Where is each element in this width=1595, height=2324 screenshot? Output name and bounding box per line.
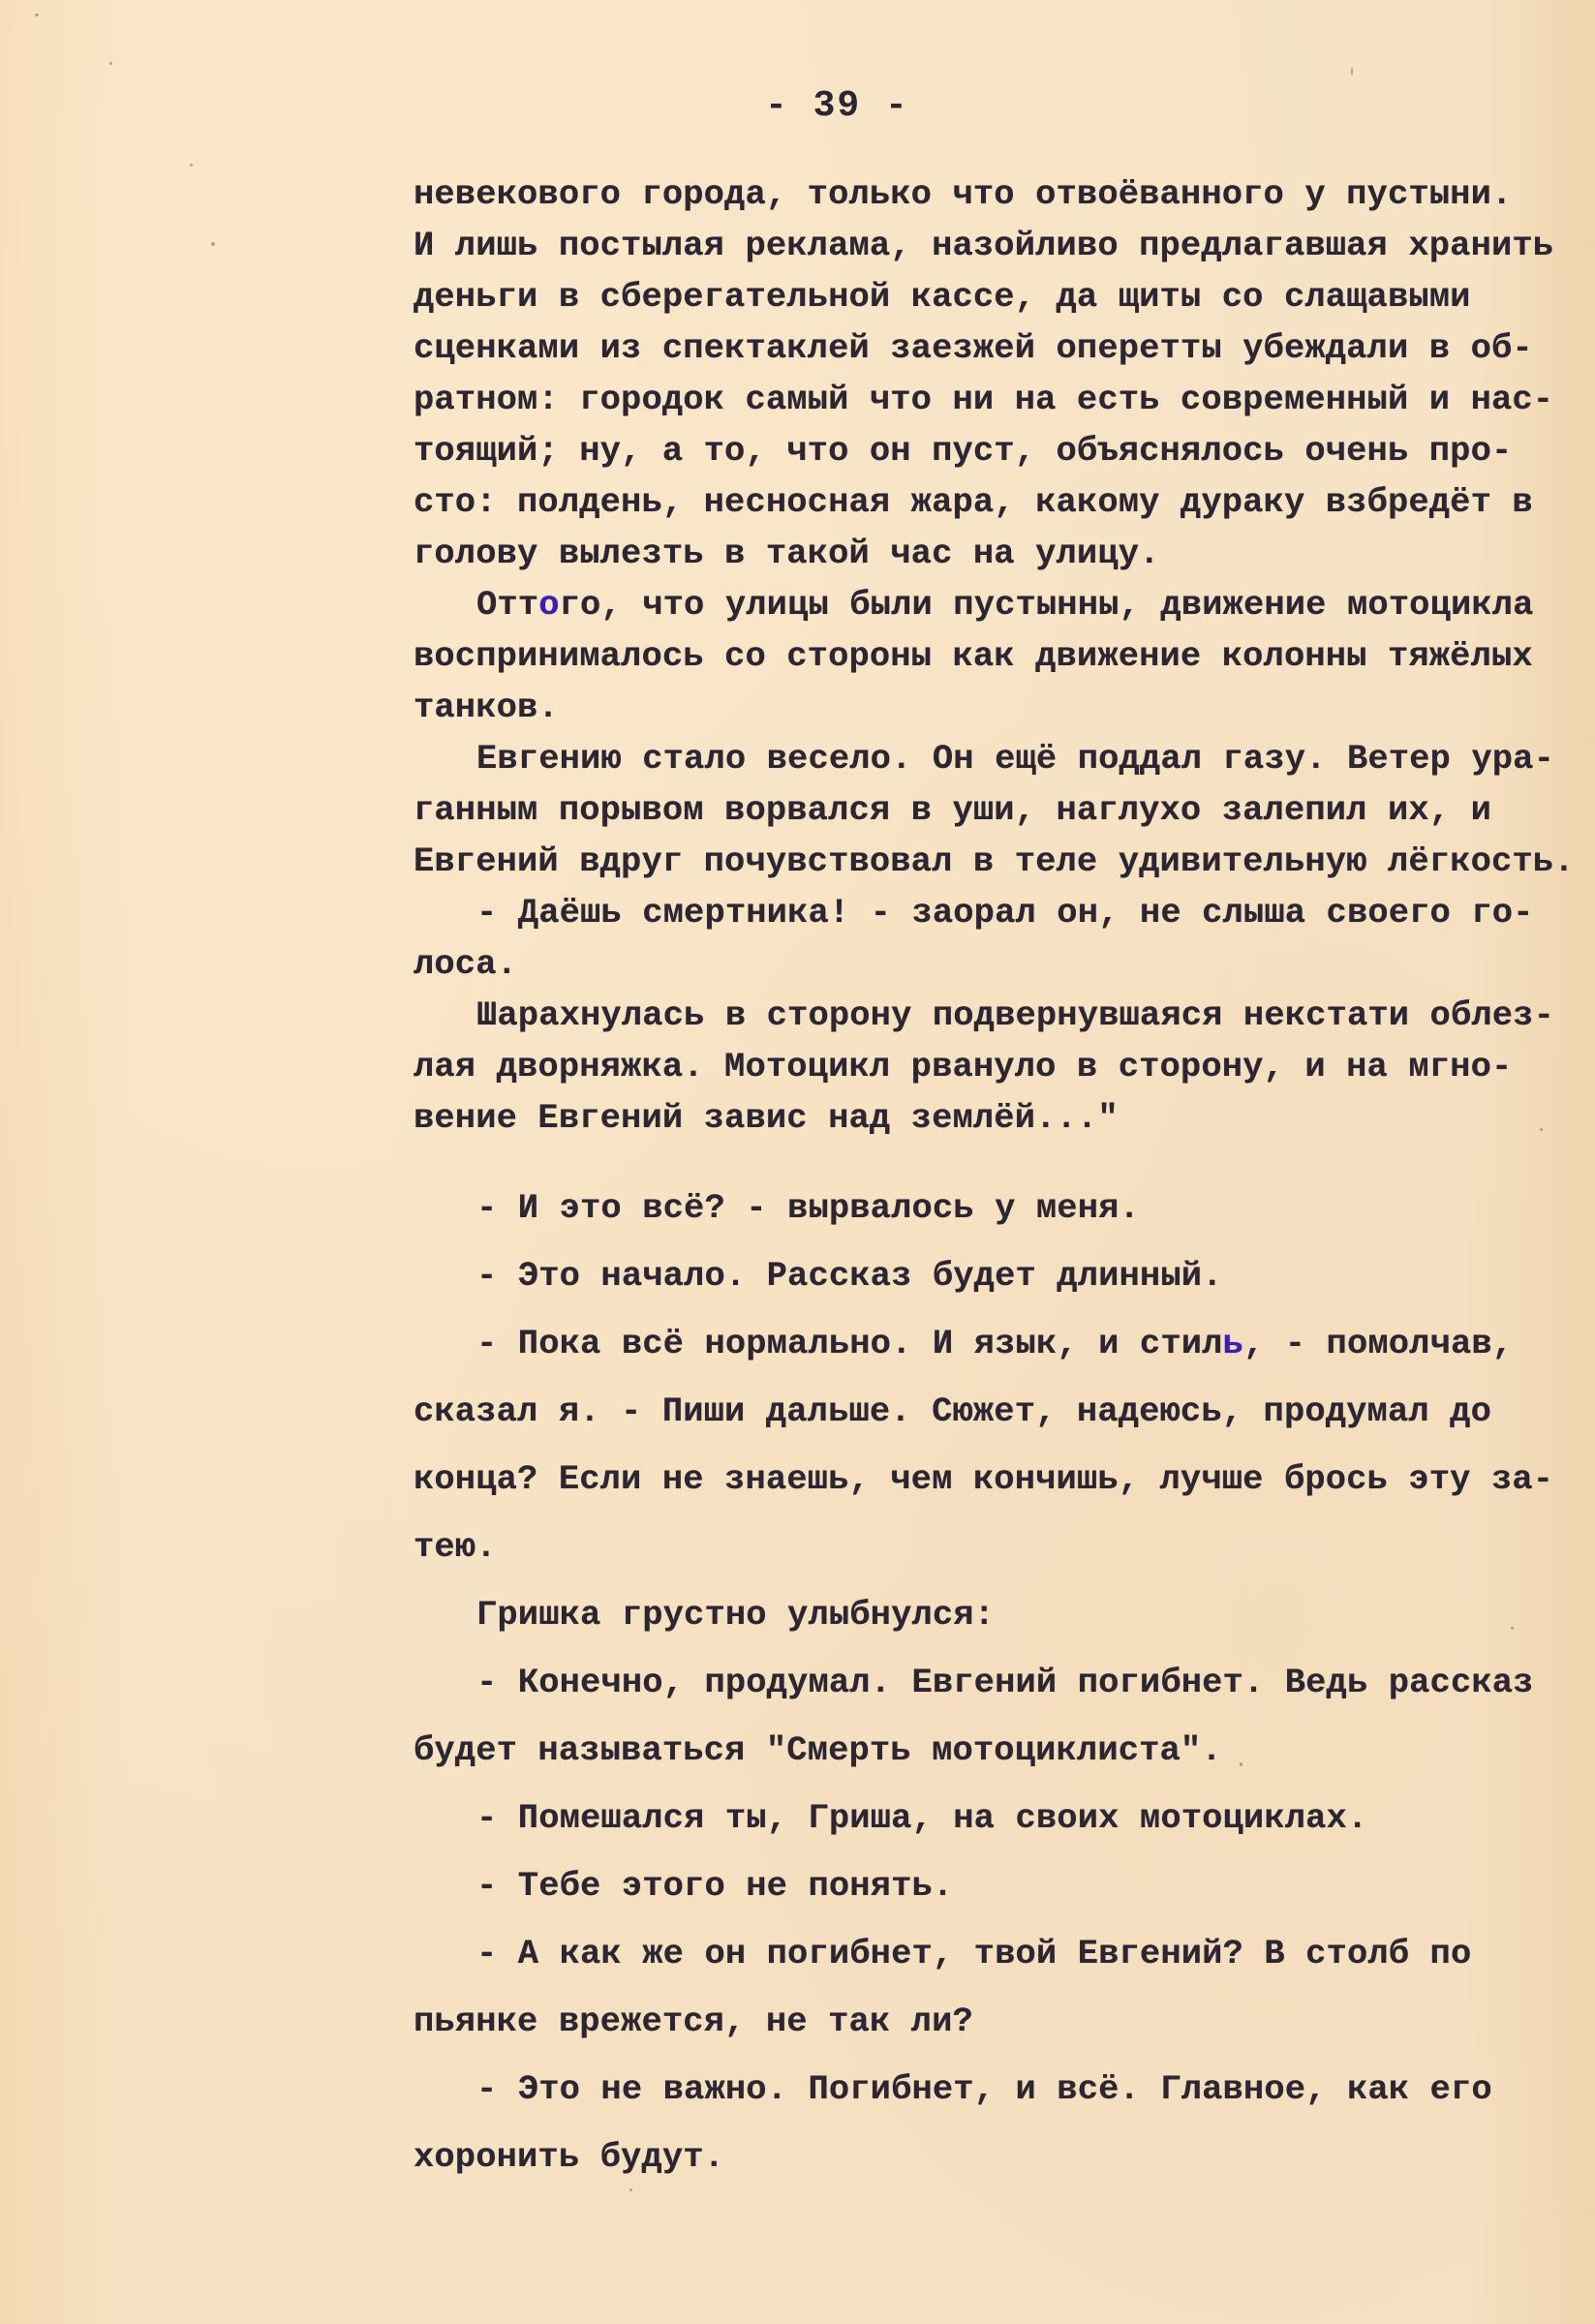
dialogue-line: будет называться "Смерть мотоциклиста". [414, 1733, 1222, 1768]
paper-speck [1240, 1762, 1242, 1766]
text-fragment: го, что улицы были пустынны, движение мо… [560, 585, 1534, 625]
paper-speck [629, 2188, 632, 2191]
paper-speck [1540, 1128, 1543, 1131]
text-line: лая дворняжка. Мотоцикл рвануло в сторон… [414, 1050, 1512, 1085]
text-line: тоящий; ну, а то, что он пуст, объясняло… [414, 434, 1512, 469]
text-line: деньги в сберегательной кассе, да щиты с… [414, 280, 1471, 315]
dialogue-line: - Тебе этого не понять. [476, 1869, 953, 1904]
page-number: - 39 - [765, 85, 909, 127]
text-line: И лишь постылая реклама, назойливо предл… [414, 229, 1553, 263]
text-line: ганным порывом ворвался в уши, наглухо з… [414, 793, 1491, 828]
dialogue-line: конца? Если не знаешь, чем кончишь, лучш… [414, 1462, 1553, 1497]
dialogue-line: сказал я. - Пиши дальше. Сюжет, надеюсь,… [414, 1394, 1491, 1429]
text-fragment: Отт [476, 585, 538, 625]
dialogue-line: - Это не важно. Погибнет, и всё. Главное… [476, 2072, 1492, 2107]
text-fragment: - Пока всё нормально. И язык, и стил [476, 1324, 1223, 1363]
text-line: Евгений вдруг почувствовал в теле удивит… [414, 844, 1575, 879]
dialogue-line: - А как же он погибнет, твой Евгений? В … [476, 1937, 1471, 1972]
ink-correction: о [538, 585, 559, 625]
paper-speck [211, 242, 215, 246]
text-line: голову вылезть в такой час на улицу. [414, 536, 1160, 571]
text-line: сто: полдень, несносная жара, какому дур… [414, 485, 1533, 520]
text-line: невекового города, только что отвоёванно… [414, 177, 1512, 212]
paper-speck [190, 164, 193, 167]
text-fragment: , - помолчав, [1243, 1324, 1513, 1363]
paper-speck [1511, 1627, 1514, 1630]
text-line: лоса. [414, 947, 517, 982]
dialogue-line: - Помешался ты, Гриша, на своих мотоцикл… [476, 1801, 1367, 1836]
dialogue-line-with-correction: - Пока всё нормально. И язык, и стиль, -… [476, 1327, 1513, 1361]
dialogue-line: - Конечно, продумал. Евгений погибнет. В… [476, 1666, 1534, 1700]
text-line: Евгению стало весело. Он ещё поддал газу… [476, 742, 1554, 777]
text-line-with-correction: Оттого, что улицы были пустынны, движени… [476, 588, 1534, 623]
text-line: ратном: городок самый что ни на есть сов… [414, 382, 1553, 417]
text-line: танков. [414, 690, 559, 725]
dialogue-line: Гришка грустно улыбнулся: [476, 1598, 995, 1633]
paper-speck [109, 62, 112, 65]
dialogue-line: хоронить будут. [414, 2140, 724, 2175]
text-line: воспринималось со стороны как движение к… [414, 639, 1533, 674]
dialogue-line: пьянке врежется, не так ли? [414, 2004, 973, 2039]
dialogue-line: - И это всё? - вырвалось у меня. [476, 1191, 1140, 1226]
dialogue-line: тею. [414, 1530, 497, 1565]
text-line: - Даёшь смертника! - заорал он, не слыша… [476, 896, 1534, 931]
paper-speck [1351, 68, 1353, 76]
dialogue-line: - Это начало. Рассказ будет длинный. [476, 1259, 1223, 1294]
text-line: сценками из спектаклей заезжей оперетты … [414, 331, 1533, 366]
ink-correction: ь [1223, 1324, 1243, 1363]
text-line: Шарахнулась в сторону подвернувшаяся нек… [476, 998, 1554, 1033]
typewritten-page: - 39 - невекового города, только что отв… [0, 0, 1595, 2324]
paper-speck [35, 14, 39, 16]
text-line: вение Евгений завис над землёй..." [414, 1101, 1119, 1136]
